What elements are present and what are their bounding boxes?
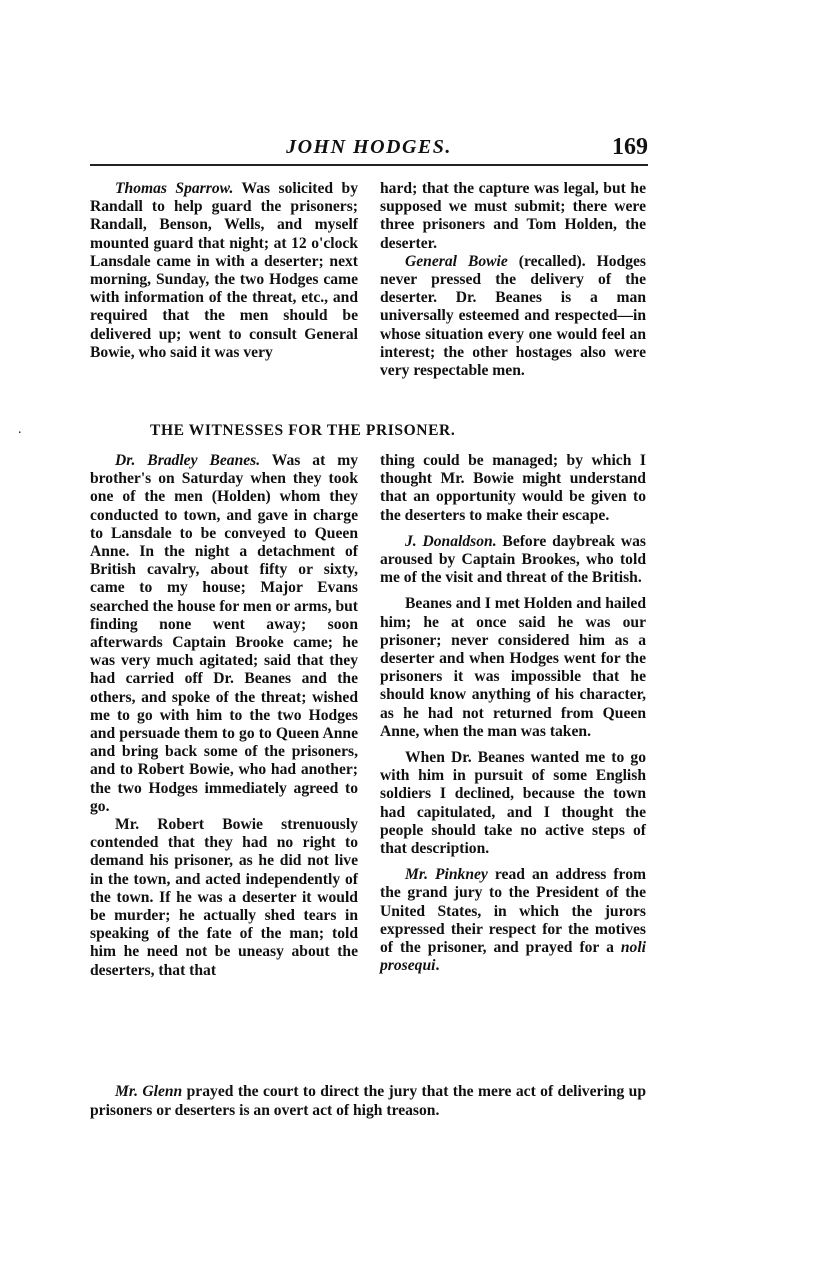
testimony-donaldson-soldiers: When Dr. Beanes wanted me to go with him…: [380, 749, 646, 858]
testimony-donaldson-holden: Beanes and I met Holden and hailed him; …: [380, 595, 646, 741]
stray-mark: .: [18, 422, 22, 438]
testimony-text: (recalled). Hodges never pressed the del…: [380, 253, 646, 379]
speaker-name: Dr. Bradley Beanes.: [115, 452, 260, 469]
running-title: JOHN HODGES.: [90, 136, 648, 159]
section-heading: THE WITNESSES FOR THE PRISONER.: [150, 422, 650, 440]
testimony-bowie: General Bowie (recalled). Hodges never p…: [380, 253, 646, 380]
top-left-column: Thomas Sparrow. Was solicited by Randall…: [90, 180, 358, 362]
testimony-pinkney: Mr. Pinkney read an address from the gra…: [380, 866, 646, 975]
testimony-donaldson: J. Donaldson. Before daybreak was arouse…: [380, 533, 646, 588]
period: .: [435, 957, 439, 974]
testimony-beanes: Dr. Bradley Beanes. Was at my brother's …: [90, 452, 358, 816]
speaker-name: J. Donaldson.: [405, 533, 497, 550]
glenn-motion: Mr. Glenn prayed the court to direct the…: [90, 1083, 646, 1120]
bottom-right-column: thing could be managed; by which I thoug…: [380, 452, 646, 975]
speaker-name: Mr. Glenn: [115, 1083, 182, 1100]
testimony-sparrow: Thomas Sparrow. Was solicited by Randall…: [90, 180, 358, 362]
bottom-left-column: Dr. Bradley Beanes. Was at my brother's …: [90, 452, 358, 980]
speaker-name: Mr. Pinkney: [405, 866, 488, 883]
testimony-beanes-bowie: Mr. Robert Bowie strenuously contended t…: [90, 816, 358, 980]
page-number: 169: [612, 134, 648, 161]
top-right-column: hard; that the capture was legal, but he…: [380, 180, 646, 380]
closing-paragraph-block: Mr. Glenn prayed the court to direct the…: [90, 1083, 646, 1120]
speaker-name: Thomas Sparrow.: [115, 180, 233, 197]
testimony-beanes-continued: thing could be managed; by which I thoug…: [380, 452, 646, 525]
header-rule: [90, 164, 648, 166]
testimony-text: Was at my brother's on Saturday when the…: [90, 452, 358, 815]
testimony-text: Was solicited by Randall to help guard t…: [90, 180, 358, 361]
testimony-sparrow-continued: hard; that the capture was legal, but he…: [380, 180, 646, 253]
running-head: JOHN HODGES. 169: [90, 134, 648, 164]
book-page: JOHN HODGES. 169 Thomas Sparrow. Was sol…: [0, 0, 836, 1284]
speaker-name: General Bowie: [405, 253, 508, 270]
